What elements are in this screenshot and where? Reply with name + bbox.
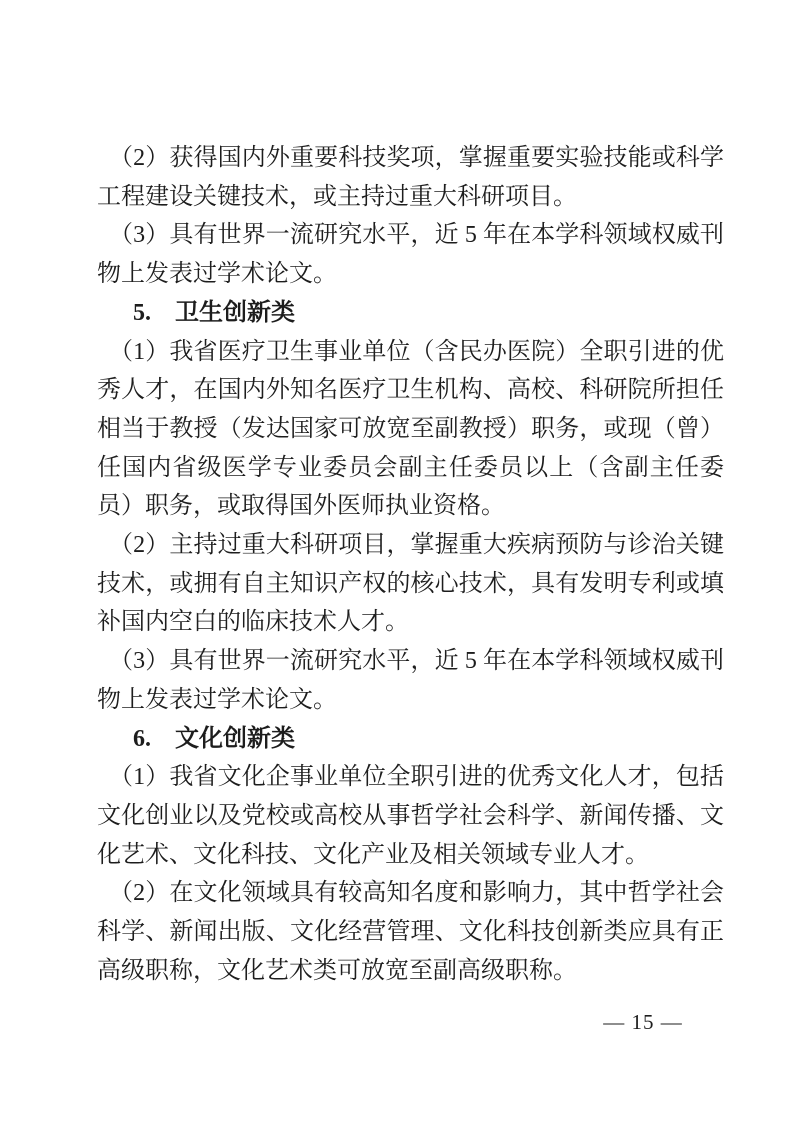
paragraph: （1）我省医疗卫生事业单位（含民办医院）全职引进的优秀人才，在国内外知名医疗卫生… <box>97 333 724 527</box>
document-body: （2）获得国内外重要科技奖项，掌握重要实验技能或科学工程建设关键技术，或主持过重… <box>97 139 724 990</box>
paragraph: （2）在文化领域具有较高知名度和影响力，其中哲学社会科学、新闻出版、文化经营管理… <box>97 874 724 990</box>
paragraph: （1）我省文化企事业单位全职引进的优秀文化人才，包括文化创业以及党校或高校从事哲… <box>97 758 724 874</box>
paragraph: （3）具有世界一流研究水平，近 5 年在本学科领域权威刊物上发表过学术论文。 <box>97 642 724 719</box>
paragraph: （2）获得国内外重要科技奖项，掌握重要实验技能或科学工程建设关键技术，或主持过重… <box>97 139 724 216</box>
section-heading: 6. 文化创新类 <box>97 720 724 759</box>
paragraph: （2）主持过重大科研项目，掌握重大疾病预防与诊治关键技术，或拥有自主知识产权的核… <box>97 526 724 642</box>
document-page: （2）获得国内外重要科技奖项，掌握重要实验技能或科学工程建设关键技术，或主持过重… <box>0 0 793 1122</box>
page-footer: — 15 — <box>588 1008 698 1036</box>
paragraph: （3）具有世界一流研究水平，近 5 年在本学科领域权威刊物上发表过学术论文。 <box>97 216 724 293</box>
page-number: — 15 — <box>603 1010 683 1034</box>
section-heading: 5. 卫生创新类 <box>97 294 724 333</box>
